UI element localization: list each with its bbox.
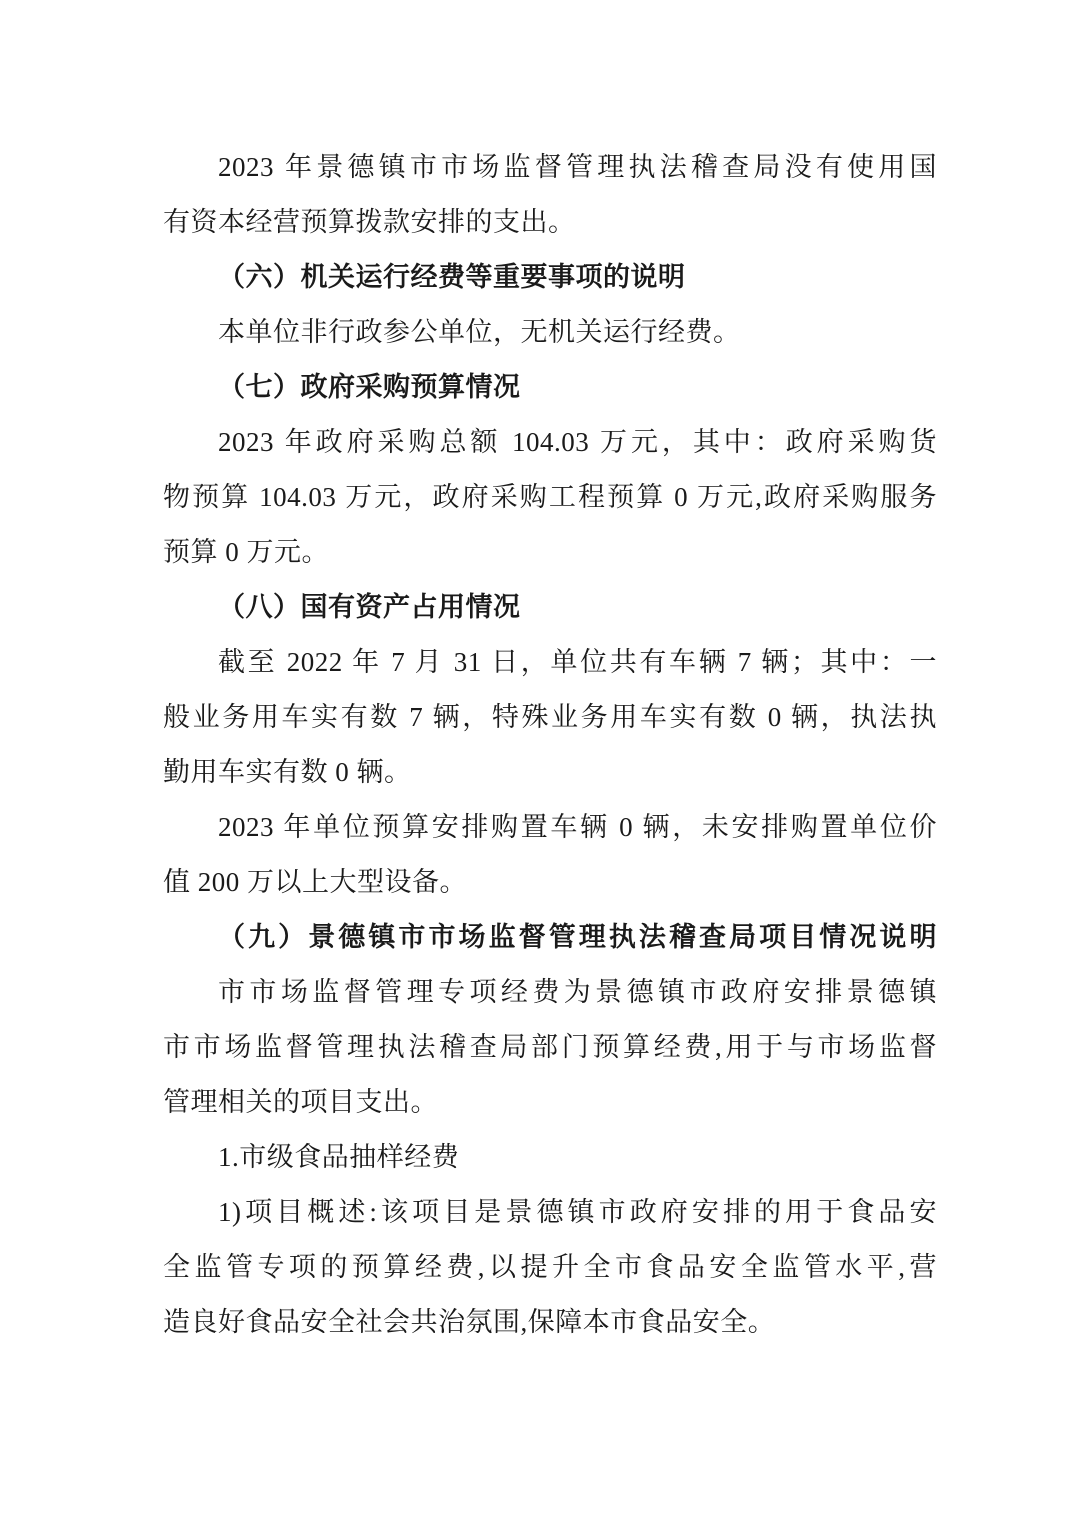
section-heading-7: （七）政府采购预算情况 <box>163 360 937 415</box>
paragraph-line: 截至 2022 年 7 月 31 日，单位共有车辆 7 辆；其中：一 <box>163 635 937 690</box>
paragraph-line: 全监管专项的预算经费,以提升全市食品安全监管水平,营 <box>163 1240 937 1295</box>
paragraph-line: 2023 年景德镇市市场监督管理执法稽查局没有使用国 <box>163 140 937 195</box>
section-heading-8: （八）国有资产占用情况 <box>163 580 937 635</box>
list-item-heading: 1.市级食品抽样经费 <box>163 1130 937 1185</box>
section-heading-6: （六）机关运行经费等重要事项的说明 <box>163 250 937 305</box>
paragraph-line: 1)项目概述:该项目是景德镇市政府安排的用于食品安 <box>163 1185 937 1240</box>
paragraph-line: 2023 年单位预算安排购置车辆 0 辆，未安排购置单位价 <box>163 800 937 855</box>
document-text-block: 2023 年景德镇市市场监督管理执法稽查局没有使用国 有资本经营预算拨款安排的支… <box>163 140 937 1350</box>
paragraph-line: 造良好食品安全社会共治氛围,保障本市食品安全。 <box>163 1295 937 1350</box>
paragraph-line: 物预算 104.03 万元，政府采购工程预算 0 万元,政府采购服务 <box>163 470 937 525</box>
paragraph-line: 市市场监督管理专项经费为景德镇市政府安排景德镇 <box>163 965 937 1020</box>
paragraph-line: 市市场监督管理执法稽查局部门预算经费,用于与市场监督 <box>163 1020 937 1075</box>
paragraph-line: 勤用车实有数 0 辆。 <box>163 745 937 800</box>
paragraph-line: 管理相关的项目支出。 <box>163 1075 937 1130</box>
section-heading-9: （九）景德镇市市场监督管理执法稽查局项目情况说明 <box>163 910 937 965</box>
paragraph-line: 本单位非行政参公单位，无机关运行经费。 <box>163 305 937 360</box>
paragraph-line: 2023 年政府采购总额 104.03 万元，其中：政府采购货 <box>163 415 937 470</box>
paragraph-line: 预算 0 万元。 <box>163 525 937 580</box>
paragraph-line: 般业务用车实有数 7 辆，特殊业务用车实有数 0 辆，执法执 <box>163 690 937 745</box>
paragraph-line: 有资本经营预算拨款安排的支出。 <box>163 195 937 250</box>
document-page: 2023 年景德镇市市场监督管理执法稽查局没有使用国 有资本经营预算拨款安排的支… <box>0 0 1074 1520</box>
paragraph-line: 值 200 万以上大型设备。 <box>163 855 937 910</box>
